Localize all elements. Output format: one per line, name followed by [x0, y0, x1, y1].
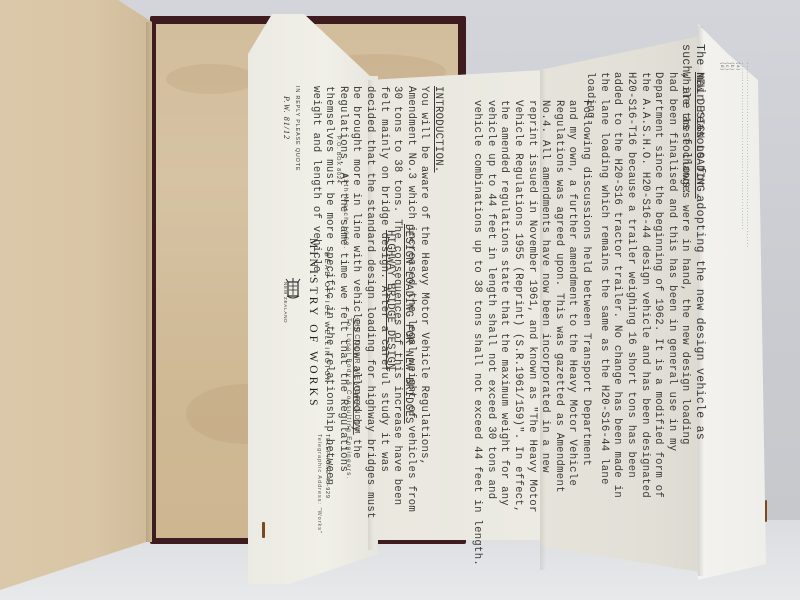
section-amendment: Following discussions held between Trans…: [470, 100, 592, 566]
section-heading: INTRODUCTION.: [430, 86, 444, 519]
reply-quote-block: IN REPLY PLEASE QUOTE P.W. 81/12: [282, 86, 300, 171]
country-label: NEW ZEALAND: [283, 282, 288, 323]
rust-staple-mark: [262, 522, 265, 538]
reference-number: P.W. 81/12: [282, 96, 291, 171]
section-main-reasons: The main reasons for adopting the new de…: [679, 44, 706, 440]
rust-staple-mark-right: [765, 500, 767, 522]
reply-quote-label: IN REPLY PLEASE QUOTE: [294, 86, 300, 171]
book-spine: [146, 22, 152, 542]
section-introduction: INTRODUCTION. You will be aware of the H…: [308, 86, 444, 519]
folded-panel-text: ........................................…: [719, 62, 750, 248]
book-front-cover: [0, 0, 152, 590]
